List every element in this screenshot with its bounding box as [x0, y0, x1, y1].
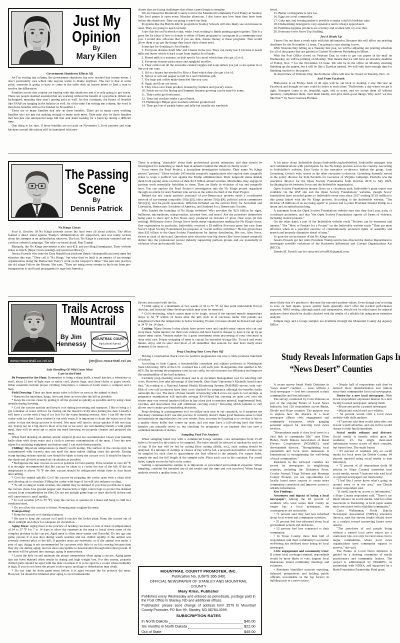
article-paragraph: 14. They get lots of peanut butter and j…	[138, 104, 262, 108]
article-paragraph: We are blessed in Mountrail County to ha…	[138, 12, 262, 23]
article-paragraph: * Limit aging to a maximum of two weeks …	[138, 305, 262, 312]
rate-price: $45.00	[244, 630, 255, 635]
article-paragraph: • Nearly half of respondents said they’v…	[333, 383, 392, 394]
opinion-article-col1: Government Shutdown Effects AllAs I’m wr…	[8, 70, 131, 153]
published-info: Published every Wednesday and entered as…	[142, 595, 256, 604]
opinion-author: Mary Kilen	[76, 53, 116, 61]
article-paragraph: Dennis M. Patrick can be contacted at bu…	[270, 250, 392, 254]
opinion-article-col3: bread.15. Butter or margarine is nice to…	[270, 8, 392, 153]
article-paragraph: “The anecdotes of real people living wit…	[333, 527, 392, 549]
article-paragraph: * Cold shortening, which causes meat to …	[138, 312, 262, 327]
article-paragraph: Programs like the BACK-PACK program in S…	[138, 23, 262, 30]
article-paragraph: A bit more about Indivisible (https://in…	[270, 161, 392, 187]
article-subhead: And From Facebook	[270, 77, 392, 81]
section-divider	[270, 296, 392, 297]
article-paragraph: Awareness and impact of losing a local n…	[270, 494, 329, 513]
article-subhead: Just A Heads Up	[270, 35, 392, 39]
article-paragraph: When field dressing an animal, plastic s…	[8, 436, 131, 447]
article-paragraph: One thing is for sure, if those benefits…	[8, 124, 131, 131]
article-subhead: Safe Handling Of Wild Game Meat	[8, 368, 131, 372]
section-divider	[8, 153, 392, 154]
article-paragraph: Who funded the founding of No Kings webs…	[138, 209, 262, 246]
article-paragraph: I know I’m out there a week early with t…	[270, 39, 392, 46]
article-paragraph: Jessica Prasads who runs the Data Republ…	[8, 252, 131, 271]
article-paragraph: Jessica Prasads got her wish. President …	[270, 239, 392, 250]
article-paragraph: There is nothing ‘charitable’ about thei…	[138, 161, 262, 168]
article-paragraph: more likely that it’s prudent to discoun…	[270, 301, 392, 320]
trails-email-link: jim@co.mountrail.nd.us	[89, 358, 131, 363]
mary-kilen-photo	[11, 11, 63, 65]
opinion-article-col2: clients that are facing challenges that …	[138, 8, 262, 153]
section-divider	[8, 296, 135, 297]
trails-title-line2: Mountrail	[71, 316, 116, 328]
article-paragraph: * Refrigerate the deer carcass as soon a…	[8, 462, 131, 477]
article-paragraph: * Leave the hide on and maintain the pro…	[8, 554, 131, 569]
article-paragraph: Desire for a new local newspaper: Nine i…	[333, 394, 392, 405]
article-paragraph: When sampling baled hay with a commercia…	[138, 438, 262, 464]
article-paragraph: * Be sure to keep the carcass cool until…	[8, 517, 131, 524]
trails-author: By Jim Hennessy	[56, 334, 87, 348]
article-paragraph: • In Slope County, more than half of res…	[270, 535, 329, 550]
passing-author: Dennis Patrick	[70, 205, 122, 213]
postmaster-info: Postmaster: please send change of addres…	[142, 604, 256, 613]
article-paragraph: Halloween is on Friday. Kids of all ages…	[270, 82, 392, 101]
article-paragraph: According to Jude Capper, a sustainabili…	[138, 362, 262, 377]
article-paragraph: * Cool the carcass quickly and keep it c…	[8, 406, 131, 436]
article-paragraph: Soros enters the Pearl Project, a journa…	[138, 168, 262, 194]
article-paragraph: Social media reliance and distrust: Soci…	[333, 431, 392, 450]
article-paragraph: Civic engagement and community trust: If…	[270, 550, 329, 569]
article-paragraph: * Do not trim fat from game meat before …	[8, 569, 131, 576]
article-paragraph: Behind the eye candy patriotic portrayal…	[138, 194, 262, 209]
passing-title-line2: Scene	[78, 183, 116, 198]
trails-article-col3: more likely that it’s prudent to discoun…	[270, 301, 392, 347]
article-paragraph: With the Post Office closed on Veterans …	[270, 54, 392, 73]
logo-agency-name: Agricultural Agency	[99, 341, 122, 345]
article-paragraph: Chilling: Important temperatures (a must…	[8, 447, 131, 462]
article-paragraph: As I’m writing my column, the government…	[8, 76, 131, 91]
article-paragraph: • 67 percent said they would subscribe, …	[333, 420, 392, 431]
study-headline-line1: Study Reveals Information Gaps In	[282, 352, 400, 364]
trails-article-col1: Safe Handling Of Wild Game MeatCare In t…	[8, 365, 131, 635]
woman-portrait-image	[12, 12, 62, 64]
trails-across-mountrail-masthead: Trails Across Mountrail By Jim Hennessy …	[8, 301, 131, 355]
man-portrait-image	[12, 305, 56, 351]
publisher-masthead-box: MOUNTRAIL COUNTY PROMOTER, INC. Publicat…	[138, 566, 262, 635]
passing-scene-masthead: The Passing Scene By Dennis Patrick	[8, 161, 131, 221]
publisher-person: Mary Kilen, Publisher	[142, 589, 256, 594]
article-paragraph: Carla Wekenman, North Dakota Newspaper A…	[333, 509, 392, 528]
article-paragraph: With Veterans Day falling on a Tuesday t…	[270, 47, 392, 54]
article-paragraph: Be Prepared for the Hunt: Remember to br…	[8, 376, 131, 391]
study-article-left-column: A recent survey found North Dakotans in …	[270, 383, 329, 635]
article-paragraph: There are so many families that rely on …	[8, 109, 131, 124]
dennis-patrick-photo	[11, 164, 63, 218]
rate-row: Out of State $45.00	[142, 630, 256, 635]
official-newspaper-line: OFFICIAL NEWSPAPER OF STANLEY AND MOUNTR…	[142, 579, 256, 589]
article-paragraph: Blatantly, the No Kings movement is also…	[8, 245, 131, 252]
article-paragraph: A recent survey found North Dakotans in …	[270, 383, 329, 398]
man-portrait-image	[12, 165, 62, 217]
article-paragraph: 20. Everyone loves Stove Top Stuffing.	[270, 30, 392, 34]
article-paragraph: The survey, conducted by Coda Ventures a…	[270, 398, 329, 431]
article-subhead: Sampling Feed For Analysis	[138, 433, 262, 437]
rate-label: Out of State	[142, 630, 162, 635]
article-paragraph: The Future of Local News Initiative is g…	[333, 550, 392, 572]
article-paragraph: A statement from the Open Society Founda…	[270, 209, 392, 220]
article-paragraph: Open Society Foundations money flows on …	[270, 187, 392, 209]
article-paragraph: * In cool weather (25 to 35 °F), wrap th…	[8, 499, 131, 506]
article-paragraph: “I feel like I never know what’s going o…	[333, 479, 392, 490]
article-paragraph: Certainly preg-checking saves money and …	[138, 377, 262, 410]
study-headline-line2: “News Desert” Counties	[290, 364, 372, 376]
article-paragraph: • 54 percent would visit a local news we…	[333, 413, 392, 420]
trails-article-col2: flavors associated with the fat.* Limit …	[138, 301, 262, 562]
article-paragraph: • Residents identified accurate reportin…	[270, 568, 329, 583]
article-subhead: Preg-Checking Your Cows Pays Off	[138, 350, 262, 354]
newspaper-page: Just My Opinion By Mary Kilen Government…	[0, 0, 400, 643]
study-headline: Study Reveals Information Gaps In “News …	[270, 352, 392, 377]
article-paragraph: Residents in the surveyed counties are s…	[270, 461, 329, 491]
article-paragraph: • 71 percent said they feel less informe…	[270, 513, 329, 520]
article-paragraph: * To aid cooling in warm weather, the an…	[8, 484, 131, 499]
passing-article-col1: No Kings CircusFace it. October 18 No Ki…	[8, 224, 131, 294]
passing-article-col3: A bit more about Indivisible (https://in…	[270, 161, 392, 291]
article-paragraph: Families across this country are hurting…	[8, 91, 131, 110]
article-paragraph: In observance of Veterans Day, the Promo…	[270, 73, 392, 77]
article-paragraph: Preg-checking is a management tool we ut…	[138, 410, 262, 432]
opinion-title-line2: Opinion	[72, 31, 120, 46]
logo-county-name: MOUNTRAIL COUNTY	[93, 337, 128, 341]
article-paragraph: • 55 percent feel less informed about lo…	[270, 520, 329, 527]
article-paragraph: • 63 percent of residents rely on social…	[333, 450, 392, 465]
dotted-leader	[188, 628, 243, 629]
mountrail-county-logo: MOUNTRAIL COUNTY Agricultural Agency	[89, 330, 131, 353]
article-paragraph: • 72 percent of all respondents (only 39…	[333, 464, 392, 479]
trails-contact-row: www.mountrail.co.nd.us jim@co.mountrail.…	[8, 357, 131, 363]
article-paragraph: Face it. October 18 No Kings protests ac…	[8, 230, 131, 245]
jim-hennessy-photo	[11, 304, 57, 352]
study-article-right-column: • Nearly half of respondents said they’v…	[333, 383, 392, 635]
article-paragraph: “[I need] hands-on access to information…	[333, 490, 392, 509]
article-paragraph: I saw this list on Facebook today, while…	[138, 30, 262, 45]
article-paragraph: Getting a representative sample is as im…	[138, 464, 262, 475]
article-paragraph: “Respondents made it clear local news is…	[270, 431, 329, 461]
article-paragraph: On the other hand, a part of the Indivis…	[270, 220, 392, 235]
article-paragraph: Cutting: Many freezer locker plants have…	[138, 327, 262, 349]
just-my-opinion-masthead: Just My Opinion By Mary Kilen	[8, 8, 131, 68]
passing-article-col2: There is nothing ‘charitable’ about thei…	[138, 161, 262, 295]
article-paragraph: 4. They cannot eat all the awesome canne…	[138, 64, 262, 71]
article-paragraph: Aging Meat: Aging meat is the practice o…	[8, 525, 131, 555]
article-paragraph: Sample bags and a forage sampler are ava…	[270, 320, 392, 327]
opinion-title-line1: Just My	[73, 15, 121, 30]
dotted-leader	[163, 634, 244, 635]
article-paragraph: Having a veterinarian check cows for pos…	[138, 355, 262, 362]
trails-website-link: www.mountrail.co.nd.us	[8, 357, 54, 363]
article-paragraph: * Keep the carcass clean by getting it o…	[8, 399, 131, 406]
